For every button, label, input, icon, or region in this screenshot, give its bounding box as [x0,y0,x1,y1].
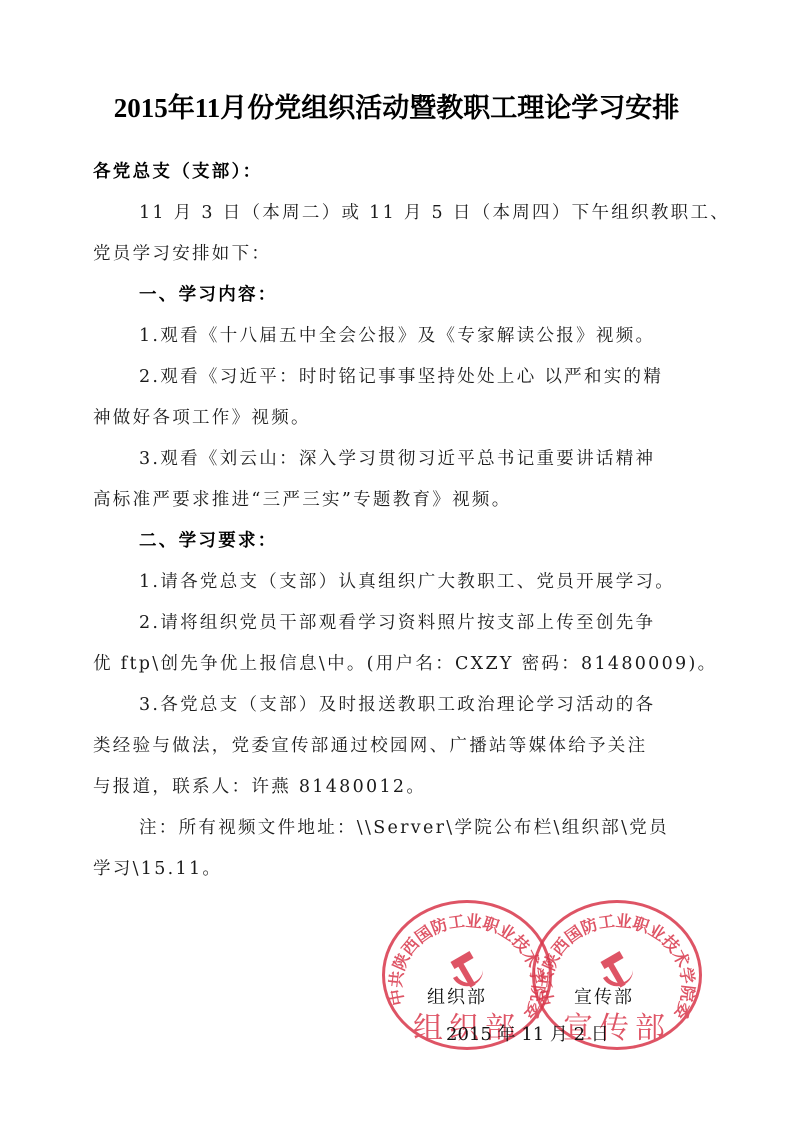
note-line-2: 学习\15.11。 [93,857,705,881]
requirement-item-3-cont-1: 类经验与做法，党委宣传部通过校园网、广播站等媒体给予关注 [93,734,705,758]
section-heading-requirements: 二、学习要求： [139,529,705,553]
content-item-2-cont: 神做好各项工作》视频。 [93,406,705,430]
document-title: 2015年11月份党组织活动暨教职工理论学习安排 [0,86,793,125]
content-item-3: 3.观看《刘云山：深入学习贯彻习近平总书记重要讲话精神 [139,447,705,471]
content-item-3-cont: 高标准严要求推进“三严三实”专题教育》视频。 [93,488,705,512]
requirement-item-2-cont: 优 ftp\创先争优上报信息\中。(用户名：CXZY 密码：81480009)。 [93,652,705,676]
requirement-item-3-cont-2: 与报道，联系人：许燕 81480012。 [93,775,705,799]
content-item-2: 2.观看《习近平：时时铭记事事坚持处处上心 以严和实的精 [139,365,705,389]
document-page: 2015年11月份党组织活动暨教职工理论学习安排 各党总支（支部）： 11 月 … [0,0,793,1122]
section-heading-content: 一、学习内容： [139,283,705,307]
intro-line-1: 11 月 3 日（本周二）或 11 月 5 日（本周四）下午组织教职工、 [139,201,705,225]
requirement-item-3: 3.各党总支（支部）及时报送教职工政治理论学习活动的各 [139,693,705,717]
note-line-1: 注：所有视频文件地址：\\Server\学院公布栏\组织部\党员 [139,816,705,840]
content-item-1: 1.观看《十八届五中全会公报》及《专家解读公报》视频。 [139,324,705,348]
signature-org-dept: 组织部 [427,983,487,1009]
signature-date: 2015 年 11 月 2 日 [446,1020,609,1046]
signature-publicity-dept: 宣传部 [574,983,634,1009]
requirement-item-2: 2.请将组织党员干部观看学习资料照片按支部上传至创先争 [139,611,705,635]
salutation: 各党总支（支部）： [93,160,705,184]
intro-line-2: 党员学习安排如下： [93,242,705,266]
requirement-item-1: 1.请各党总支（支部）认真组织广大教职工、党员开展学习。 [139,570,705,594]
